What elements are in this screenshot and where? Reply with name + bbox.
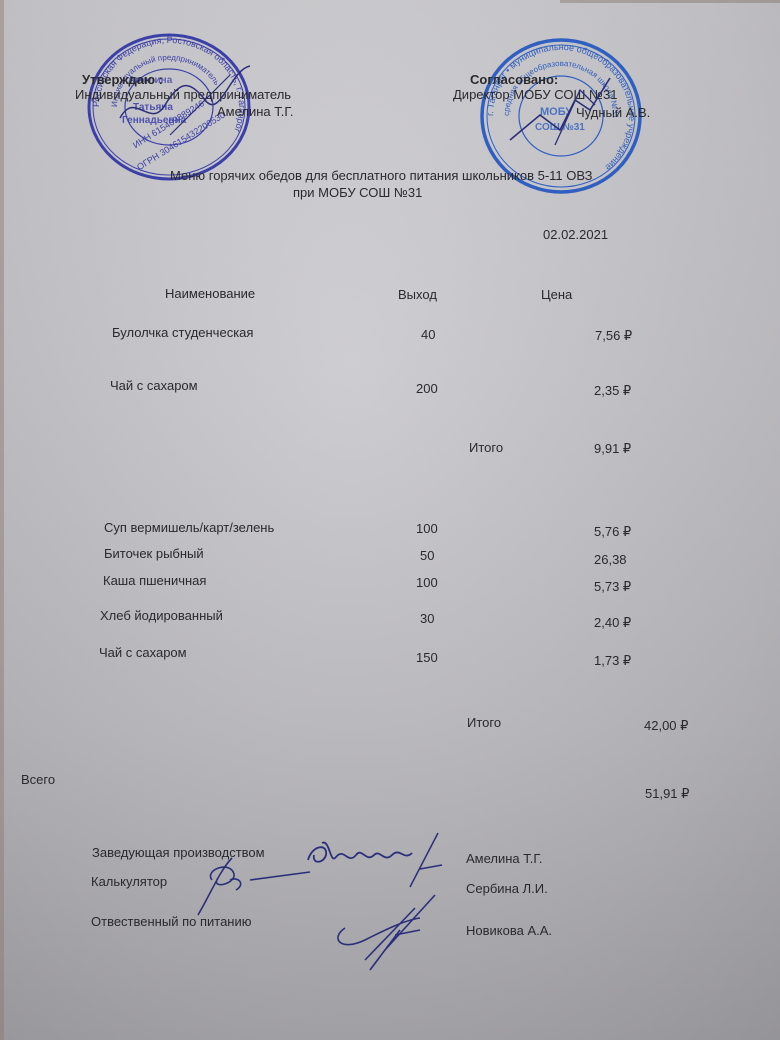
- signature-amelina-icon: [300, 825, 450, 895]
- row-7-price: 1,73 ₽: [594, 653, 631, 668]
- section-1-total-label: Итого: [469, 440, 503, 455]
- row-4-name: Биточек рыбный: [104, 546, 204, 561]
- header-name: Наименование: [165, 286, 255, 301]
- signatory-2-role: Калькулятор: [91, 874, 167, 889]
- row-5-price: 5,73 ₽: [594, 579, 631, 594]
- signature-serbina-icon: [190, 850, 315, 920]
- row-3-name: Суп вермишель/карт/зелень: [104, 520, 274, 535]
- document-title-line-2: при МОБУ СОШ №31: [293, 185, 422, 200]
- row-2-name: Чай с сахаром: [110, 378, 198, 393]
- grand-total-label: Всего: [21, 772, 55, 787]
- header-price: Цена: [541, 287, 572, 302]
- paper-edge-left: [0, 0, 4, 1040]
- approval-left-signature-icon: [110, 60, 260, 140]
- row-4-output: 50: [420, 548, 434, 563]
- row-1-price: 7,56 ₽: [595, 328, 632, 343]
- document-date: 02.02.2021: [543, 227, 608, 242]
- paper-edge-top: [560, 0, 780, 3]
- signatory-2-name: Сербина Л.И.: [466, 881, 548, 896]
- row-6-output: 30: [420, 611, 434, 626]
- section-1-total-value: 9,91 ₽: [594, 441, 631, 456]
- section-2-total-value: 42,00 ₽: [644, 718, 688, 733]
- row-1-output: 40: [421, 327, 435, 342]
- approval-right-signature-icon: [500, 70, 620, 150]
- row-2-output: 200: [416, 381, 438, 396]
- row-3-price: 5,76 ₽: [594, 524, 631, 539]
- signatory-3-name: Новикова А.А.: [466, 923, 552, 938]
- grand-total-value: 51,91 ₽: [645, 786, 689, 801]
- row-5-name: Каша пшеничная: [103, 573, 206, 588]
- row-4-price: 26,38: [594, 552, 627, 567]
- signature-novikova-icon: [325, 890, 440, 975]
- row-3-output: 100: [416, 521, 438, 536]
- section-2-total-label: Итого: [467, 715, 501, 730]
- signatory-1-name: Амелина Т.Г.: [466, 851, 542, 866]
- document-title-line-1: Меню горячих обедов для бесплатного пита…: [170, 168, 592, 183]
- row-2-price: 2,35 ₽: [594, 383, 631, 398]
- row-6-price: 2,40 ₽: [594, 615, 631, 630]
- row-7-output: 150: [416, 650, 438, 665]
- row-6-name: Хлеб йодированный: [100, 608, 223, 623]
- row-1-name: Булолчка студенческая: [112, 325, 253, 340]
- row-5-output: 100: [416, 575, 438, 590]
- row-7-name: Чай с сахаром: [99, 645, 187, 660]
- header-output: Выход: [398, 287, 437, 302]
